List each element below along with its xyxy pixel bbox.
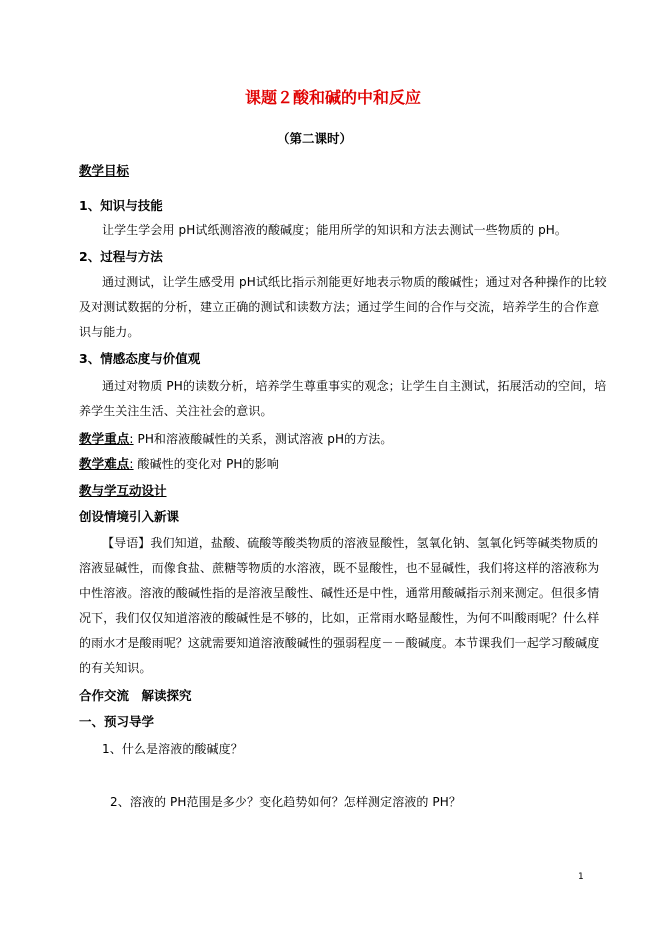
cooperation-heading: 合作交流 解读探究	[79, 688, 192, 704]
document-subtitle: （第二课时）	[277, 131, 352, 147]
objective-2-text-line: 识与能力。	[79, 324, 140, 340]
question-1: 1、什么是溶液的酸碱度？	[102, 741, 243, 757]
objective-3-text-line: 通过对物质 PH的读数分析，培养学生尊重事实的观念；让学生自主测试，拓展活动的空…	[102, 378, 606, 394]
objectives-heading: 教学目标	[79, 163, 129, 179]
intro-text-line: 的有关知识。	[79, 660, 152, 676]
objective-3-text-line: 养学生关注生活、关注社会的意识。	[79, 403, 273, 419]
design-heading: 教与学互动设计	[79, 483, 167, 499]
key-point-text: PH和溶液酸碱性的关系，测试溶液 pH的方法。	[134, 432, 393, 446]
objective-2-heading: 2、过程与方法	[79, 249, 163, 265]
intro-text-line: 【导语】我们知道，盐酸、硫酸等酸类物质的溶液显酸性，氢氧化钠、氢氧化钙等碱类物质…	[102, 535, 598, 551]
difficulty-text: 酸碱性的变化对 PH的影响	[134, 457, 279, 471]
objective-1-heading: 1、知识与技能	[79, 198, 163, 214]
difficulty-line: 教学难点: 酸碱性的变化对 PH的影响	[79, 456, 279, 472]
intro-text-line: 溶液显碱性，而像食盐、蔗糖等物质的水溶液，既不显酸性，也不显碱性，我们将这样的溶…	[79, 560, 599, 576]
intro-text-line: 况下，我们仅仅知道溶液的酸碱性是不够的，比如，正常雨水略显酸性，为何不叫酸雨呢？…	[79, 610, 599, 626]
key-point-label: 教学重点	[79, 431, 129, 446]
preview-heading: 一、预习导学	[79, 714, 154, 730]
document-title: 课题２酸和碱的中和反应	[245, 88, 421, 108]
page-number: 1	[578, 869, 584, 885]
intro-heading: 创设情境引入新课	[79, 509, 179, 525]
question-2: 2、溶液的 PH范围是多少？变化趋势如何？怎样测定溶液的 PH？	[110, 794, 461, 810]
intro-text-line: 中性溶液。溶液的酸碱性指的是溶液呈酸性、碱性还是中性，通常用酸碱指示剂来测定。但…	[79, 585, 599, 601]
key-point-line: 教学重点: PH和溶液酸碱性的关系，测试溶液 pH的方法。	[79, 431, 393, 447]
document-page: 课题２酸和碱的中和反应 （第二课时） 教学目标 1、知识与技能 让学生学会用 p…	[0, 0, 661, 935]
objective-3-heading: 3、情感态度与价值观	[79, 351, 200, 367]
objective-2-text-line: 及对测试数据的分析，建立正确的测试和读数方法；通过学生间的合作与交流，培养学生的…	[79, 299, 599, 315]
intro-text-line: 的雨水才是酸雨呢？这就需要知道溶液酸碱性的强弱程度－－酸碱度。本节课我们一起学习…	[79, 635, 599, 651]
difficulty-label: 教学难点	[79, 456, 129, 471]
objective-2-text-line: 通过测试，让学生感受用 pH试纸比指示剂能更好地表示物质的酸碱性；通过对各种操作…	[102, 274, 607, 290]
objective-1-text: 让学生学会用 pH试纸测溶液的酸碱度；能用所学的知识和方法去测试一些物质的 pH…	[102, 222, 567, 238]
